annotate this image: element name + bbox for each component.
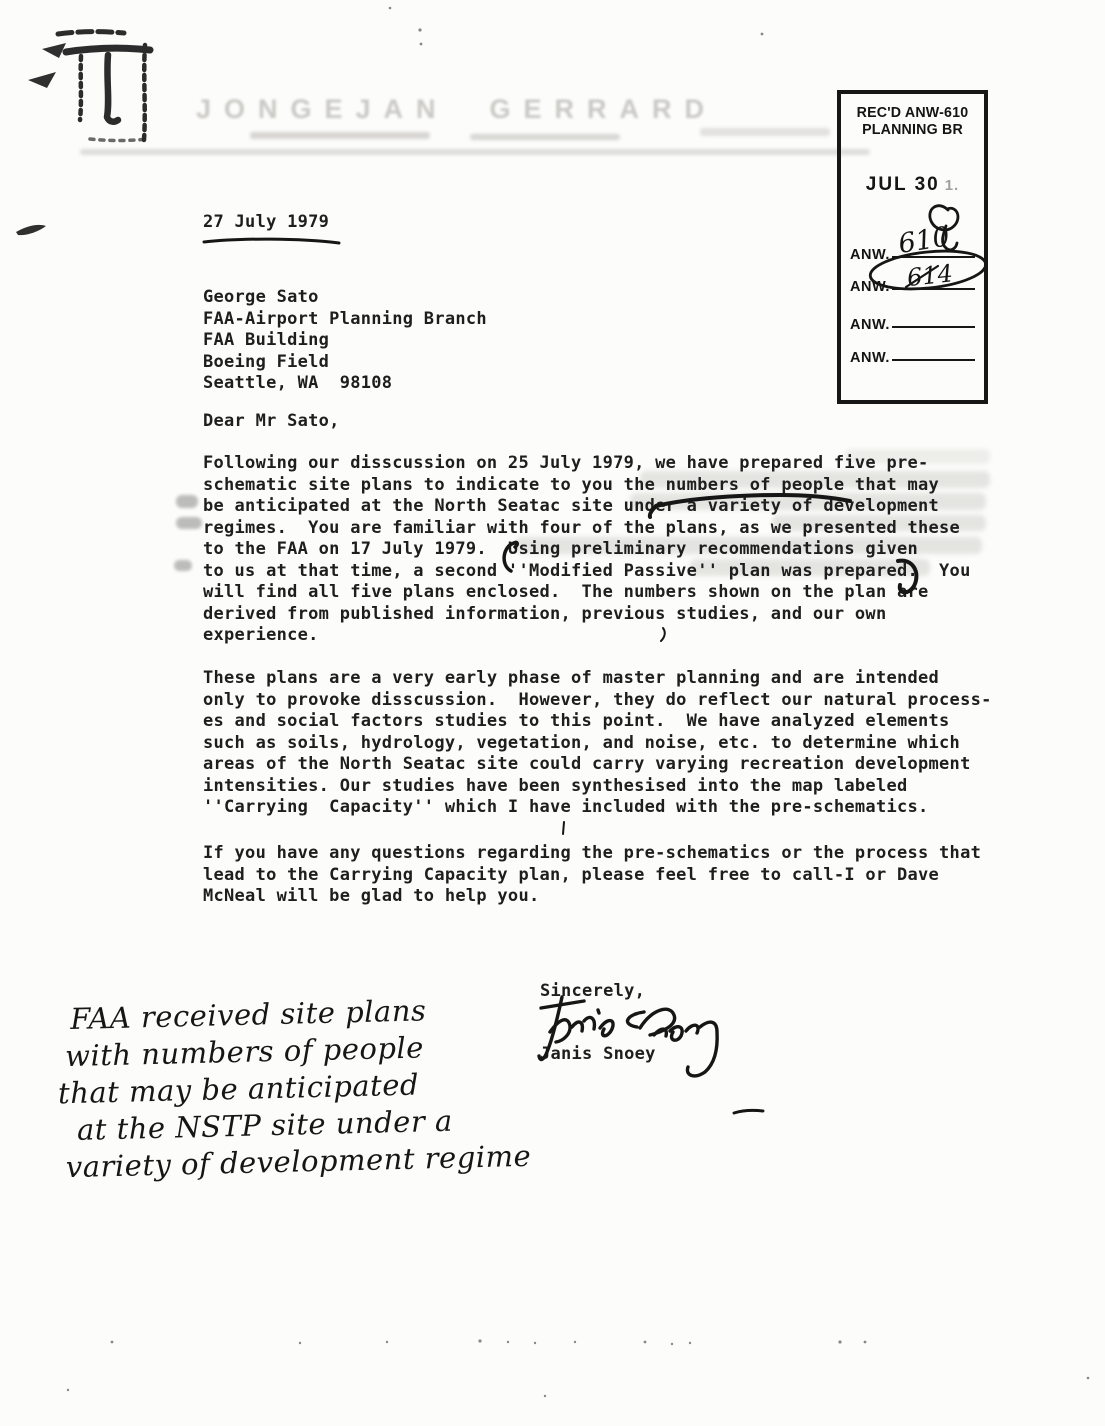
- logo-arrow-blob: [28, 72, 56, 88]
- logo-arrow-blob: [42, 43, 66, 58]
- letterhead-subtext-bar: [250, 132, 430, 139]
- letterhead-firm-name: JONGEJAN GERRARD: [196, 94, 717, 125]
- text-line: es and social factors studies to this po…: [203, 711, 992, 733]
- logo-stroke: [107, 55, 118, 122]
- stamp-recd-line: REC'D ANW-610: [842, 105, 982, 122]
- logo-arrow-blob: [16, 225, 46, 235]
- text-line: Boeing Field: [203, 352, 487, 374]
- signature-stroke: [654, 1027, 682, 1041]
- handwritten-margin-note: FAA received site planswith numbers of p…: [56, 989, 580, 1187]
- text-line: to us at that time, a second ''Modified …: [203, 561, 971, 583]
- text-line: ''Carrying Capacity'' which I have inclu…: [203, 797, 992, 819]
- date-underline-pen-stroke: [204, 239, 339, 243]
- stamp-date-faded: 1.: [945, 177, 960, 194]
- logo-stroke: [144, 45, 145, 140]
- salutation: Dear Mr Sato,: [203, 411, 340, 433]
- body-paragraph-1: Following our disscussion on 25 July 197…: [203, 453, 971, 647]
- text-line: McNeal will be glad to help you.: [203, 886, 981, 908]
- stamp-branch-line: PLANNING BR: [842, 122, 982, 139]
- text-line: If you have any questions regarding the …: [203, 843, 981, 865]
- text-line: experience.: [203, 625, 971, 647]
- pen-dash-mark: [734, 1110, 763, 1113]
- letterhead-subtext-bar: [470, 134, 620, 140]
- anw-blank-line: [892, 312, 975, 328]
- signature-stroke: [640, 1009, 675, 1035]
- received-stamp: REC'D ANW-610 PLANNING BR JUL 301. ANW. …: [837, 90, 988, 404]
- text-line: schematic site plans to indicate to you …: [203, 475, 971, 497]
- jg-monogram-logo-icon: [16, 32, 150, 236]
- stamp-date-text: JUL 30: [866, 174, 940, 195]
- text-line: such as soils, hydrology, vegetation, an…: [203, 733, 992, 755]
- text-line: lead to the Carrying Capacity plan, plea…: [203, 865, 981, 887]
- text-line: areas of the North Seatac site could car…: [203, 754, 992, 776]
- stamp-header: REC'D ANW-610 PLANNING BR: [842, 94, 982, 139]
- anw-blank-line: [892, 345, 975, 361]
- anw-label: ANW.: [850, 279, 890, 295]
- margin-smudge: [174, 560, 192, 571]
- text-line: be anticipated at the North Seatac site …: [203, 496, 971, 518]
- text-line: intensities. Our studies have been synth…: [203, 776, 992, 798]
- signature-stroke: [687, 1022, 717, 1076]
- anw-blank-line: [892, 274, 975, 290]
- margin-smudge: [176, 517, 202, 529]
- text-line: George Sato: [203, 287, 487, 309]
- text-line: Following our disscussion on 25 July 197…: [203, 453, 971, 475]
- text-line: will find all five plans enclosed. The n…: [203, 582, 971, 604]
- anw-blank-line: [892, 242, 975, 258]
- logo-stroke: [80, 56, 81, 120]
- anw-label: ANW.: [850, 350, 890, 366]
- letter-page: JONGEJAN GERRARD REC'D ANW-610 PLANNING …: [0, 0, 1105, 1426]
- letter-date: 27 July 1979: [203, 212, 329, 234]
- stamp-date: JUL 301.: [841, 174, 984, 196]
- margin-smudge: [176, 495, 198, 508]
- signature-stroke: [600, 1021, 613, 1036]
- text-line: derived from published information, prev…: [203, 604, 971, 626]
- stamp-routing-row: ANW.: [850, 345, 975, 365]
- logo-stroke: [90, 139, 148, 141]
- logo-stroke: [66, 48, 150, 52]
- logo-stroke: [58, 32, 124, 34]
- anw-label: ANW.: [850, 317, 890, 333]
- text-line: only to provoke disscussion. However, th…: [203, 690, 992, 712]
- anw-label: ANW.: [850, 247, 890, 263]
- stamp-routing-row: ANW.: [850, 274, 975, 294]
- stamp-routing-row: ANW.: [850, 242, 975, 262]
- text-line: These plans are a very early phase of ma…: [203, 668, 992, 690]
- text-line: regimes. You are familiar with four of t…: [203, 518, 971, 540]
- stray-tick-mark: [563, 822, 564, 834]
- stamp-routing-row: ANW.: [850, 312, 975, 332]
- letterhead-rule-smear: [80, 149, 870, 155]
- letterhead-subtext-bar: [700, 128, 830, 136]
- signature-stroke: [628, 1012, 644, 1027]
- text-line: FAA Building: [203, 330, 487, 352]
- body-paragraph-3: If you have any questions regarding the …: [203, 843, 981, 908]
- signature-stroke: [686, 1025, 698, 1033]
- text-line: Seattle, WA 98108: [203, 373, 487, 395]
- recipient-address: George SatoFAA-Airport Planning BranchFA…: [203, 287, 487, 395]
- text-line: to the FAA on 17 July 1979. Using prelim…: [203, 539, 971, 561]
- text-line: FAA-Airport Planning Branch: [203, 309, 487, 331]
- body-paragraph-2: These plans are a very early phase of ma…: [203, 668, 992, 819]
